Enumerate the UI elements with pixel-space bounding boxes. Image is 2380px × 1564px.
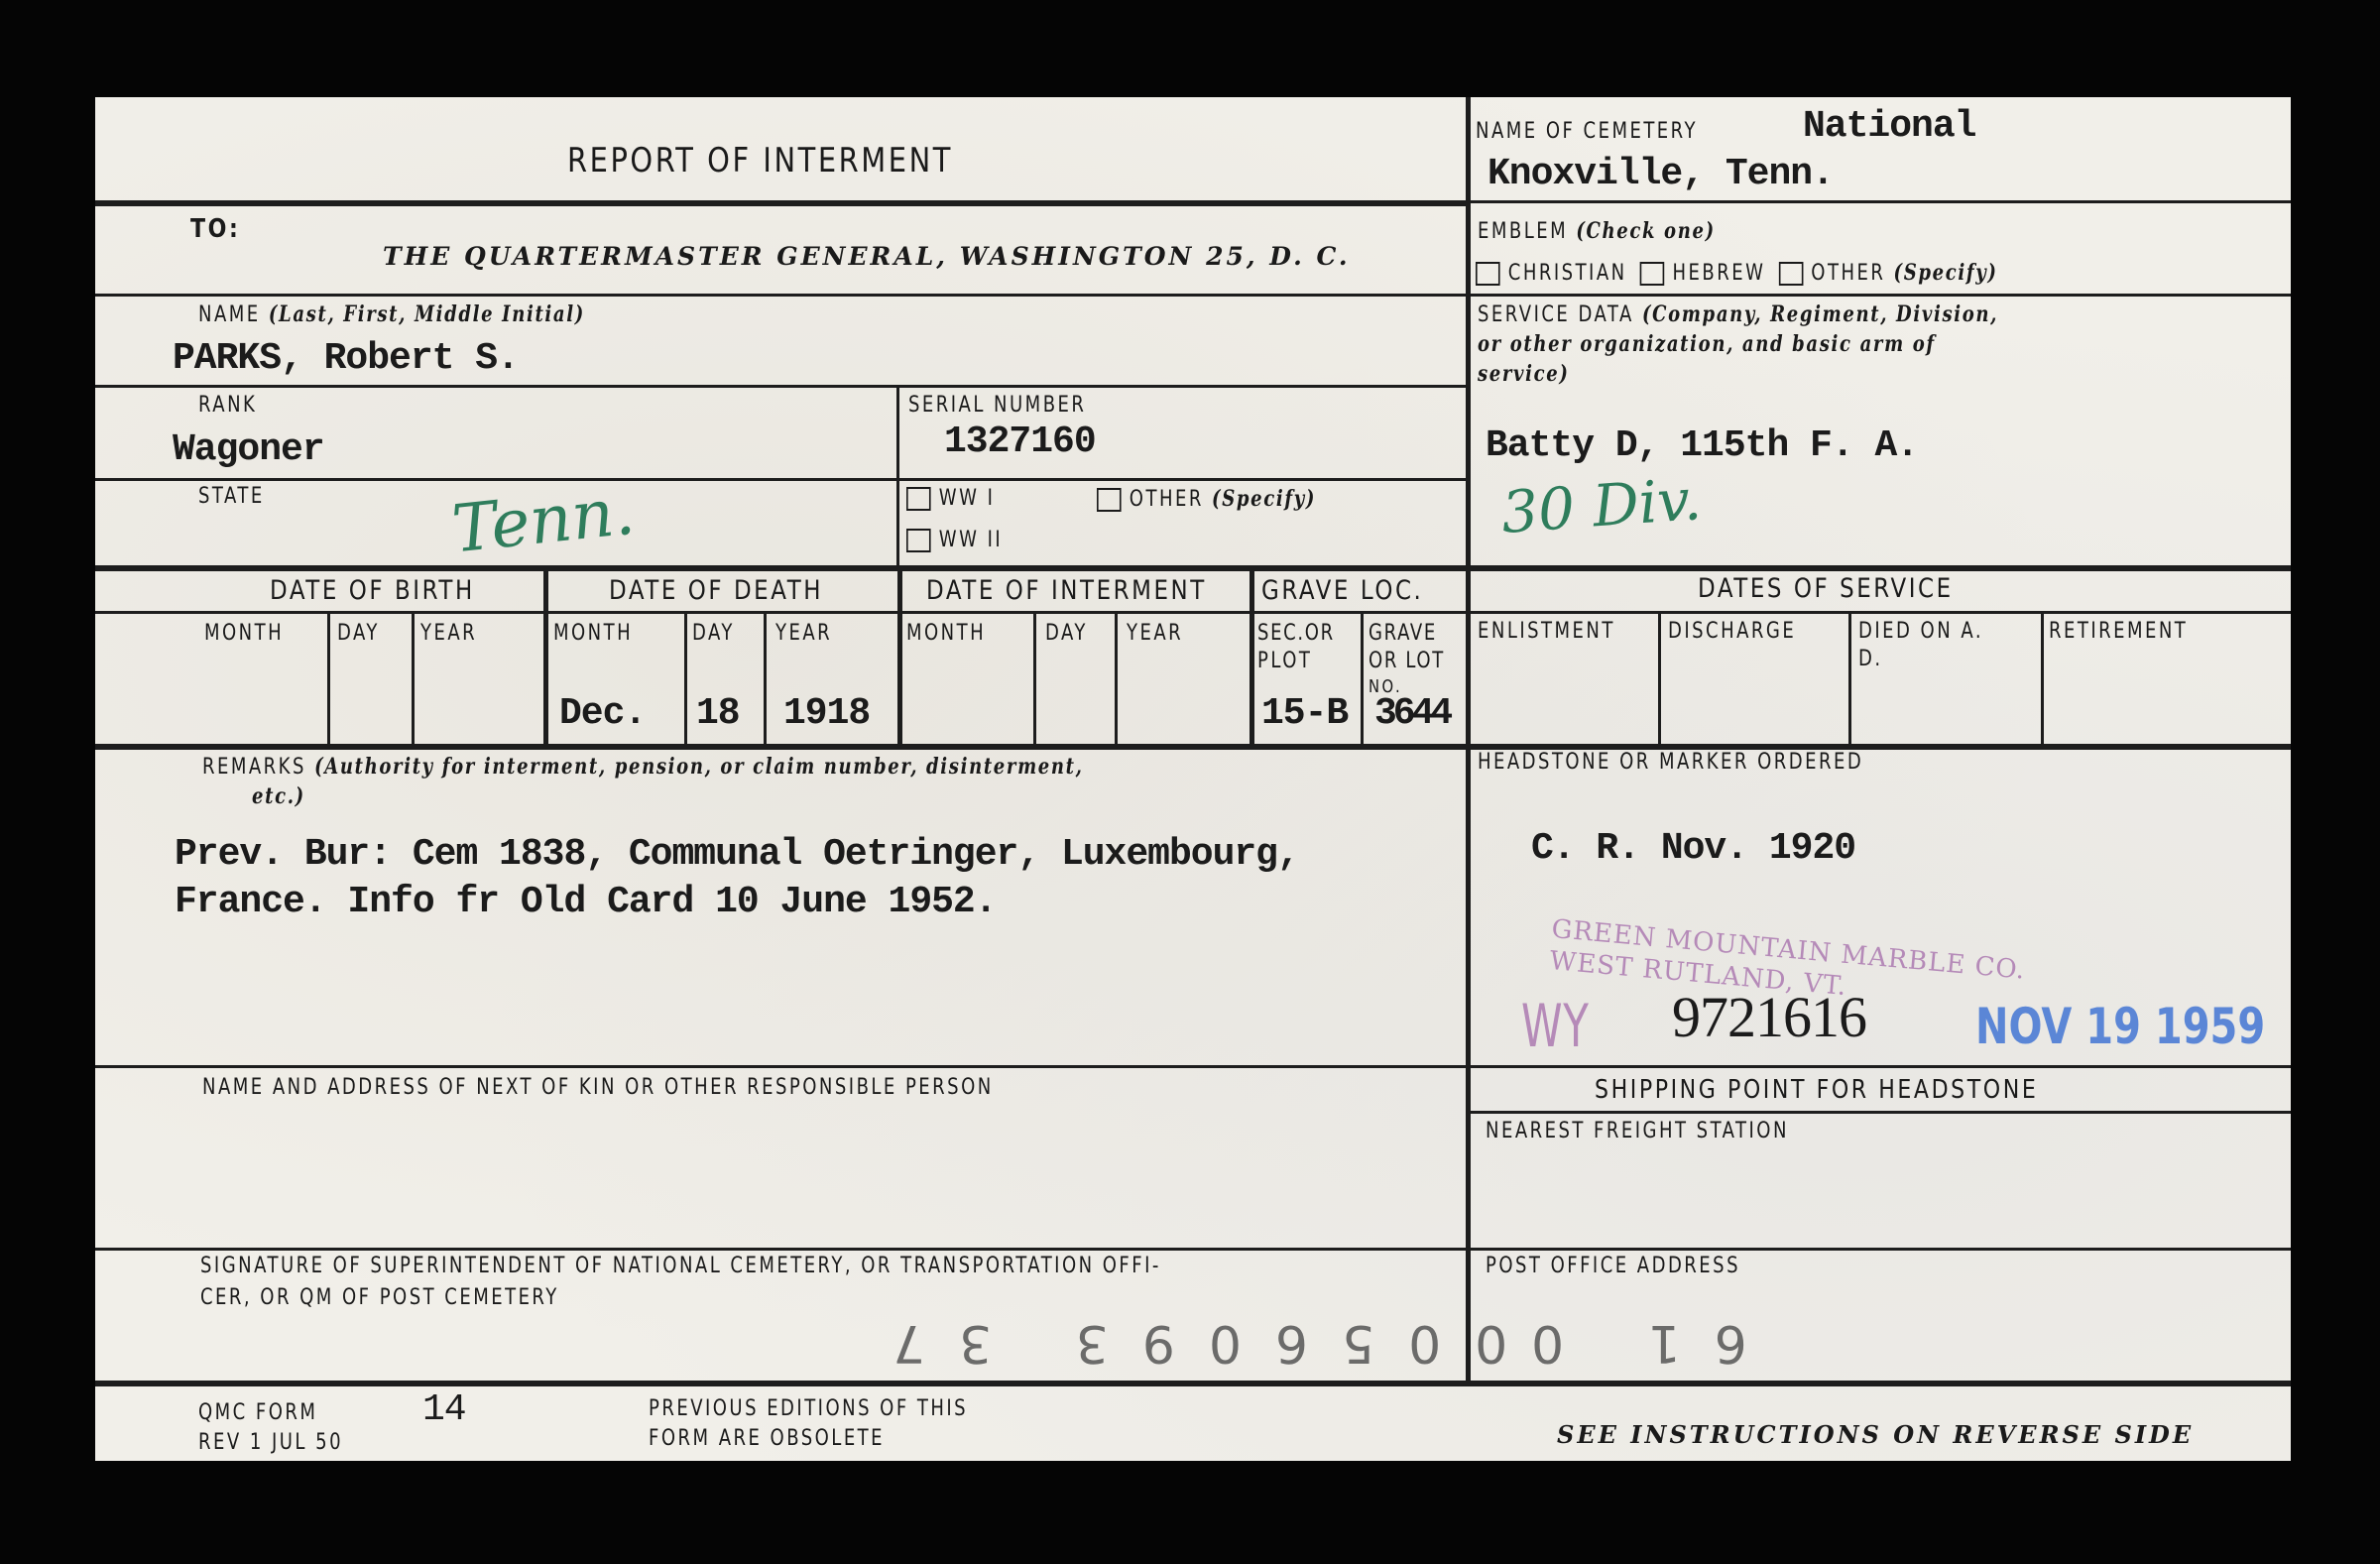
post-office-label: POST OFFICE ADDRESS — [1486, 1254, 1740, 1278]
divider-title — [95, 200, 1468, 206]
birth-month-label: MONTH — [204, 621, 284, 646]
divider-death-day — [764, 613, 767, 744]
interment-card: REPORT OF INTERMENT TO: THE QUARTERMASTE… — [95, 97, 2291, 1461]
dates-of-service-header: DATES OF SERVICE — [1698, 573, 1954, 604]
birth-day-label: DAY — [337, 621, 380, 646]
service-died-label-2: D. — [1858, 647, 1883, 671]
serial-number-value: 1327160 — [944, 421, 1096, 463]
divider-dates-top — [95, 565, 2291, 571]
birth-year-label: YEAR — [420, 621, 477, 646]
inverted-stamped-number-right: 61 0 — [1497, 1313, 1747, 1373]
cemetery-label: NAME OF CEMETERY — [1476, 119, 1698, 144]
death-day-value: 18 — [696, 692, 740, 735]
interment-year-label: YEAR — [1127, 621, 1183, 646]
service-enlistment-label: ENLISTMENT — [1478, 619, 1615, 644]
grave-lot-label-1: GRAVE — [1368, 621, 1437, 646]
inverted-stamped-number-left: 0056093 37 — [859, 1313, 1507, 1373]
headstone-order-number: 9721616 — [1672, 984, 1866, 1050]
signature-label-1: SIGNATURE OF SUPERINTENDENT OF NATIONAL … — [200, 1254, 1161, 1278]
checkbox-icon[interactable] — [1476, 262, 1500, 286]
remarks-value-line1: Prev. Bur: Cem 1838, Communal Oetringer,… — [175, 833, 1299, 876]
form-number: 14 — [422, 1388, 466, 1431]
checkbox-icon[interactable] — [1779, 262, 1804, 286]
divider-shipping — [1468, 1111, 2291, 1114]
next-of-kin-label: NAME AND ADDRESS OF NEXT OF KIN OR OTHER… — [202, 1075, 994, 1100]
divider-grave-sec — [1361, 613, 1364, 744]
divider-dates-sub — [95, 611, 2291, 614]
divider-birth-death — [543, 565, 548, 744]
remarks-label-2: etc.) — [252, 783, 305, 809]
cemetery-value-line1: National — [1803, 105, 1975, 148]
service-died-label: DIED ON A. — [1858, 619, 1983, 644]
grave-sec-value: 15-B — [1261, 692, 1348, 735]
divider-rank-serial — [896, 385, 899, 569]
divider-remarks — [95, 1065, 2291, 1068]
divider-death-interment — [897, 565, 902, 744]
divider-dates-bottom — [95, 744, 2291, 750]
stamp-code: WY — [1521, 992, 1590, 1061]
service-data-note-3: service) — [1478, 361, 1570, 387]
death-month-label: MONTH — [553, 621, 633, 646]
service-data-handwritten: 30 Div. — [1499, 465, 1704, 546]
interment-month-label: MONTH — [906, 621, 986, 646]
emblem-options: CHRISTIAN HEBREW OTHER (Specify) — [1476, 260, 1998, 286]
checkbox-icon[interactable] — [906, 529, 931, 552]
date-of-interment-header: DATE OF INTERMENT — [926, 575, 1207, 606]
name-label: NAME (Last, First, Middle Initial) — [198, 301, 585, 327]
service-data-value: Batty D, 115th F. A. — [1486, 424, 1918, 467]
headstone-value: C. R. Nov. 1920 — [1531, 827, 1855, 870]
reverse-side-instructions: SEE INSTRUCTIONS ON REVERSE SIDE — [1557, 1420, 2194, 1449]
rank-value: Wagoner — [173, 428, 324, 471]
cemetery-value-line2: Knoxville, Tenn. — [1487, 153, 1834, 195]
form-title: REPORT OF INTERMENT — [567, 141, 953, 180]
form-id-line1: QMC FORM — [198, 1400, 317, 1425]
divider-name — [95, 385, 1468, 388]
divider-interment-day — [1115, 613, 1118, 744]
main-vertical-divider — [1466, 97, 1471, 1381]
shipping-label: SHIPPING POINT FOR HEADSTONE — [1595, 1075, 2038, 1105]
divider-birth-month — [327, 613, 330, 744]
divider-rank — [95, 478, 1468, 481]
divider-service-2 — [1848, 613, 1851, 744]
service-retirement-label: RETIREMENT — [2049, 619, 2188, 644]
divider-to — [95, 294, 2291, 297]
emblem-label: EMBLEM (Check one) — [1478, 218, 1716, 244]
divider-service-3 — [2041, 613, 2044, 744]
state-handwritten: Tenn. — [448, 473, 638, 568]
remarks-label: REMARKS (Authority for interment, pensio… — [202, 754, 1084, 780]
checkbox-icon[interactable] — [1640, 262, 1665, 286]
date-of-death-header: DATE OF DEATH — [609, 575, 823, 606]
name-value: PARKS, Robert S. — [173, 337, 519, 380]
war-ww2[interactable]: WW II — [906, 528, 1003, 552]
signature-label-2: CER, OR QM OF POST CEMETERY — [200, 1285, 559, 1310]
war-ww1[interactable]: WW I — [906, 486, 995, 511]
death-year-label: YEAR — [775, 621, 832, 646]
divider-death-month — [684, 613, 687, 744]
checkbox-icon[interactable] — [1097, 488, 1122, 512]
headstone-label: HEADSTONE OR MARKER ORDERED — [1478, 750, 1863, 775]
divider-interment-month — [1033, 613, 1036, 744]
divider-footer — [95, 1381, 2291, 1386]
divider-service-1 — [1658, 613, 1661, 744]
obsolete-line1: PREVIOUS EDITIONS OF THIS — [649, 1396, 968, 1421]
divider-birth-day — [412, 613, 415, 744]
death-year-value: 1918 — [783, 692, 870, 735]
service-data-label: SERVICE DATA (Company, Regiment, Divisio… — [1478, 301, 1998, 327]
form-id-line2: REV 1 JUL 50 — [198, 1430, 343, 1455]
remarks-value-line2: France. Info fr Old Card 10 June 1952. — [175, 881, 997, 923]
checkbox-icon[interactable] — [906, 487, 931, 511]
grave-lot-label-2: OR LOT — [1368, 649, 1445, 673]
divider-cemetery — [1468, 200, 2291, 203]
state-label: STATE — [198, 484, 265, 509]
war-other[interactable]: OTHER (Specify) — [1097, 486, 1316, 512]
date-of-birth-header: DATE OF BIRTH — [270, 575, 475, 606]
freight-station-label: NEAREST FREIGHT STATION — [1486, 1119, 1789, 1143]
grave-sec-label-2: PLOT — [1257, 649, 1312, 673]
interment-day-label: DAY — [1045, 621, 1088, 646]
to-label: TO: — [190, 214, 240, 244]
death-day-label: DAY — [692, 621, 735, 646]
grave-lot-value: 3644 — [1374, 692, 1449, 735]
death-month-value: Dec. — [559, 692, 646, 735]
emblem-christian[interactable]: CHRISTIAN — [1476, 261, 1627, 286]
grave-sec-label-1: SEC.OR — [1257, 621, 1335, 646]
emblem-other[interactable]: OTHER (Specify) — [1774, 261, 1998, 286]
to-value: THE QUARTERMASTER GENERAL, WASHINGTON 25… — [383, 242, 1351, 271]
obsolete-line2: FORM ARE OBSOLETE — [649, 1426, 885, 1451]
service-discharge-label: DISCHARGE — [1668, 619, 1796, 644]
divider-interment-grave — [1249, 565, 1254, 744]
divider-kin — [95, 1248, 2291, 1251]
stamp-date: NOV 19 1959 — [1975, 998, 2265, 1055]
rank-label: RANK — [198, 393, 257, 418]
service-data-note-2: or other organization, and basic arm of — [1478, 331, 1936, 357]
grave-loc-header: GRAVE LOC. — [1261, 575, 1423, 606]
serial-number-label: SERIAL NUMBER — [908, 393, 1086, 418]
emblem-hebrew[interactable]: HEBREW — [1635, 261, 1766, 286]
